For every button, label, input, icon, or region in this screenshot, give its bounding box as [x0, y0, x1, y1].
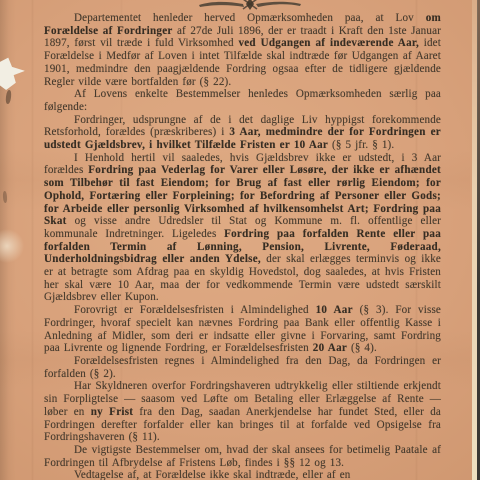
- bold-text-segment: ny Frist: [91, 406, 134, 418]
- paragraph: Forovrigt er Forældelsesfristen i Almind…: [44, 304, 441, 355]
- bold-text-segment: 10 Aar: [316, 304, 353, 316]
- text-segment: Forovrigt er Forældelsesfristen i Almind…: [74, 304, 316, 316]
- paragraph: Fordringer, udsprungne af de i det dagli…: [44, 114, 441, 152]
- paragraph: Vedtagelse af, at Forældelse ikke skal i…: [44, 469, 441, 480]
- paragraph: I Henhold hertil vil saaledes, hvis Gjæl…: [44, 152, 441, 304]
- flourish-icon: [197, 0, 303, 10]
- text-segment: Vedtagelse af, at Forældelse ikke skal i…: [74, 469, 350, 480]
- paragraph: Departementet henleder herved Opmærksomh…: [44, 12, 441, 88]
- scanned-document-page: Departementet henleder herved Opmærksomh…: [0, 0, 480, 480]
- text-segment: (§ 5 jfr. § 1).: [328, 139, 394, 151]
- paragraph: De vigtigste Bestemmelser om, hvad der s…: [44, 444, 441, 469]
- text-segment: De vigtigste Bestemmelser om, hvad der s…: [44, 444, 441, 469]
- paragraph: Af Lovens enkelte Bestemmelser henledes …: [44, 88, 441, 113]
- text-segment: (§ 4).: [347, 342, 377, 354]
- bold-text-segment: 20 Aar: [313, 342, 347, 354]
- text-segment: Forældelsesfristen regnes i Almindelighe…: [44, 355, 441, 380]
- bold-text-segment: ved Udgangen af indeværende Aar,: [238, 37, 419, 49]
- paragraph: Forældelsesfristen regnes i Almindelighe…: [44, 355, 441, 380]
- text-segment: Af Lovens enkelte Bestemmelser henledes …: [44, 88, 441, 113]
- paper-crease: [31, 0, 34, 480]
- text-segment: Departementet henleder herved Opmærksomh…: [74, 12, 426, 24]
- faded-light-spot: [0, 229, 24, 263]
- document-body: Departementet henleder herved Opmærksomh…: [44, 12, 441, 480]
- paragraph: Har Skyldneren overfor Fordringshaveren …: [44, 380, 441, 444]
- flourish-ornament-fragment: [197, 0, 303, 9]
